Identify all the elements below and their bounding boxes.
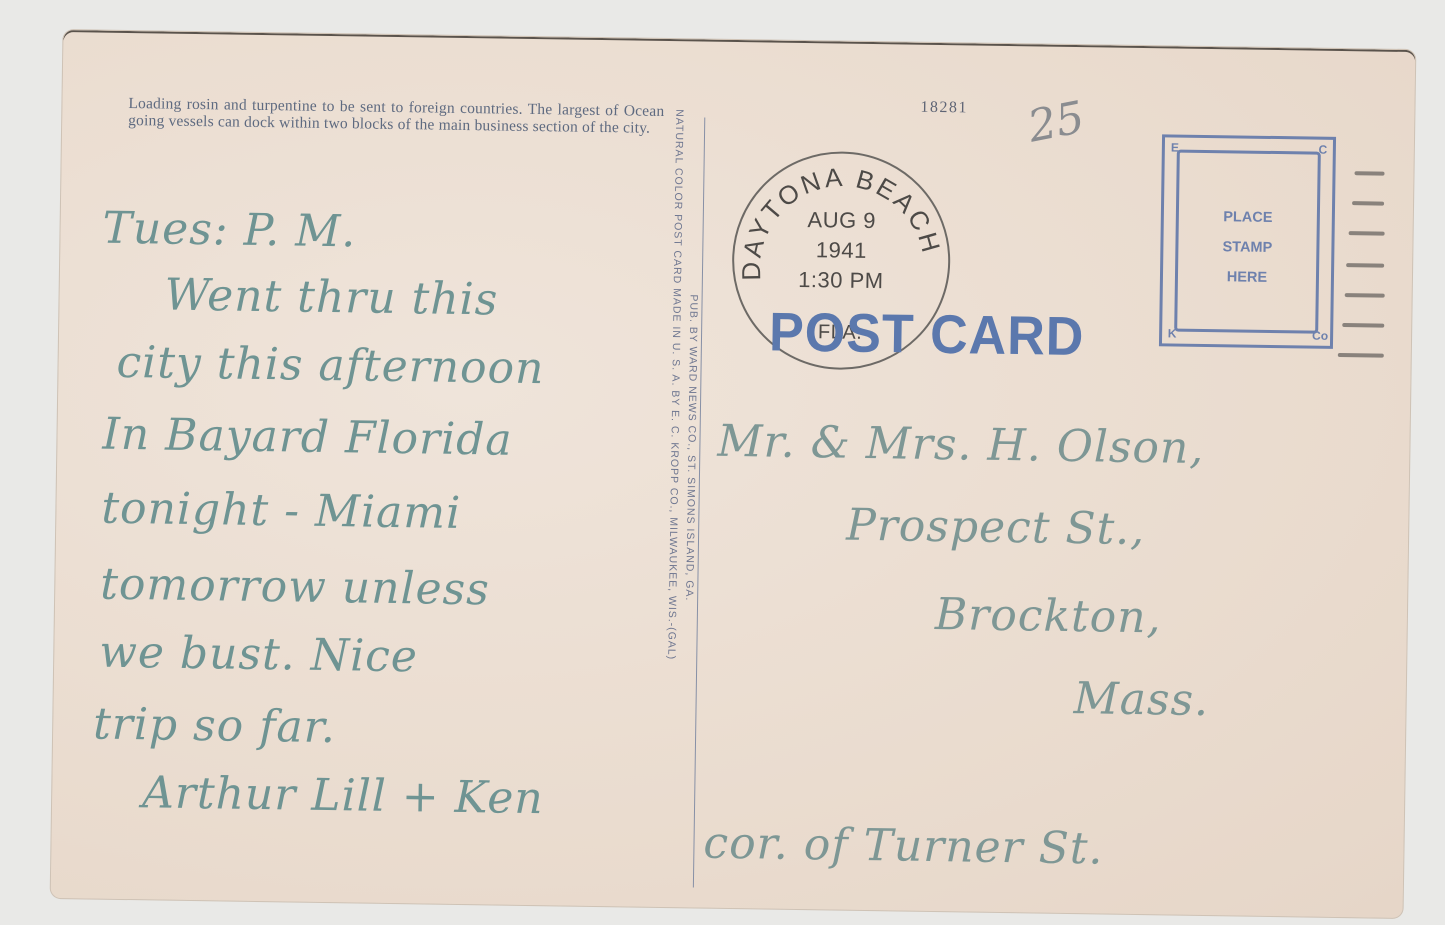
address-line: Brockton,: [935, 589, 1162, 643]
stamp-line-here: HERE: [1163, 261, 1331, 293]
message-line: city this afternoon: [116, 337, 545, 394]
address-line: Prospect St.,: [846, 500, 1146, 555]
pencil-price-mark: 25: [1024, 92, 1089, 153]
stamp-line-stamp: STAMP: [1163, 231, 1331, 263]
address-line: cor. of Turner St.: [703, 818, 1104, 875]
postcard: Loading rosin and turpentine to be sent …: [51, 30, 1416, 918]
card-caption: Loading rosin and turpentine to be sent …: [128, 95, 664, 137]
stamp-instructions: PLACE STAMP HERE: [1163, 201, 1332, 293]
postmark-date: AUG 9: [735, 206, 949, 235]
stamp-corner-c: C: [1313, 140, 1333, 160]
handwritten-message: Tues: P. M. Went thru this city this aft…: [64, 30, 1416, 50]
signature: Arthur Lill + Ken: [142, 767, 544, 824]
stamp-corner-e: E: [1165, 137, 1185, 157]
stamp-line-place: PLACE: [1164, 201, 1332, 233]
message-line: Tues: P. M.: [102, 203, 357, 258]
stamp-box: E C K Co PLACE STAMP HERE: [1159, 134, 1336, 349]
message-line: In Bayard Florida: [102, 409, 513, 466]
postmark-time: 1:30 PM: [734, 266, 948, 295]
message-line: tomorrow unless: [100, 559, 490, 616]
address-line: Mass.: [1073, 673, 1209, 726]
stamp-corner-k: K: [1162, 323, 1182, 343]
stamp-corner-co: Co: [1310, 326, 1330, 346]
message-line: trip so far.: [93, 699, 336, 754]
recipient-address: Mr. & Mrs. H. Olson, Prospect St., Brock…: [64, 30, 1416, 50]
serial-number: 18281: [920, 99, 968, 118]
postmark-year: 1941: [734, 236, 948, 265]
message-line: tonight - Miami: [101, 483, 461, 539]
post-card-title: POST CARD: [769, 301, 1085, 369]
message-line: Went thru this: [164, 270, 498, 326]
message-line: we bust. Nice: [99, 627, 418, 683]
address-line: Mr. & Mrs. H. Olson,: [717, 416, 1205, 474]
printer-line: NATURAL COLOR POST CARD MADE IN U. S. A.…: [665, 109, 685, 660]
